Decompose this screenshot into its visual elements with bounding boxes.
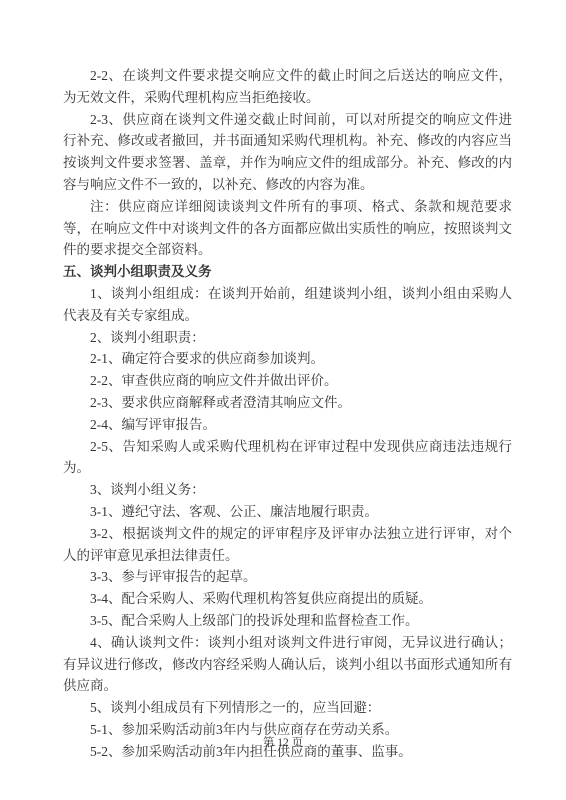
paragraph: 4、确认谈判文件：谈判小组对谈判文件进行审阅，无异议进行确认；有异议进行修改，修… — [63, 632, 512, 697]
list-item: 2-4、编写评审报告。 — [63, 414, 512, 436]
paragraph: 2-3、供应商在谈判文件递交截止时间前，可以对所提交的响应文件进行补充、修改或者… — [63, 109, 512, 196]
list-item: 3-5、配合采购人上级部门的投诉处理和监督检查工作。 — [63, 610, 512, 632]
list-item: 2-3、要求供应商解释或者澄清其响应文件。 — [63, 392, 512, 414]
paragraph: 注：供应商应详细阅读谈判文件所有的事项、格式、条款和规范要求等，在响应文件中对谈… — [63, 196, 512, 261]
list-item: 2-1、确定符合要求的供应商参加谈判。 — [63, 348, 512, 370]
list-item: 3-4、配合采购人、采购代理机构答复供应商提出的质疑。 — [63, 588, 512, 610]
paragraph: 3、谈判小组义务： — [63, 479, 512, 501]
section-heading: 五、谈判小组职责及义务 — [63, 261, 512, 283]
list-item: 3-1、遵纪守法、客观、公正、廉洁地履行职责。 — [63, 501, 512, 523]
document-page: 2-2、在谈判文件要求提交响应文件的截止时间之后送达的响应文件，为无效文件，采购… — [0, 0, 566, 800]
paragraph: 2、谈判小组职责： — [63, 327, 512, 349]
paragraph: 5、谈判小组成员有下列情形之一的，应当回避： — [63, 697, 512, 719]
list-item: 2-2、审查供应商的响应文件并做出评价。 — [63, 370, 512, 392]
list-item: 3-2、根据谈判文件的规定的评审程序及评审办法独立进行评审，对个人的评审意见承担… — [63, 523, 512, 567]
list-item: 2-5、告知采购人或采购代理机构在评审过程中发现供应商违法违规行为。 — [63, 436, 512, 480]
document-body: 2-2、在谈判文件要求提交响应文件的截止时间之后送达的响应文件，为无效文件，采购… — [63, 65, 512, 763]
page-number: 第 12 页 — [0, 734, 566, 750]
paragraph: 1、谈判小组组成：在谈判开始前，组建谈判小组，谈判小组由采购人代表及有关专家组成… — [63, 283, 512, 327]
paragraph: 2-2、在谈判文件要求提交响应文件的截止时间之后送达的响应文件，为无效文件，采购… — [63, 65, 512, 109]
list-item: 3-3、参与评审报告的起草。 — [63, 566, 512, 588]
